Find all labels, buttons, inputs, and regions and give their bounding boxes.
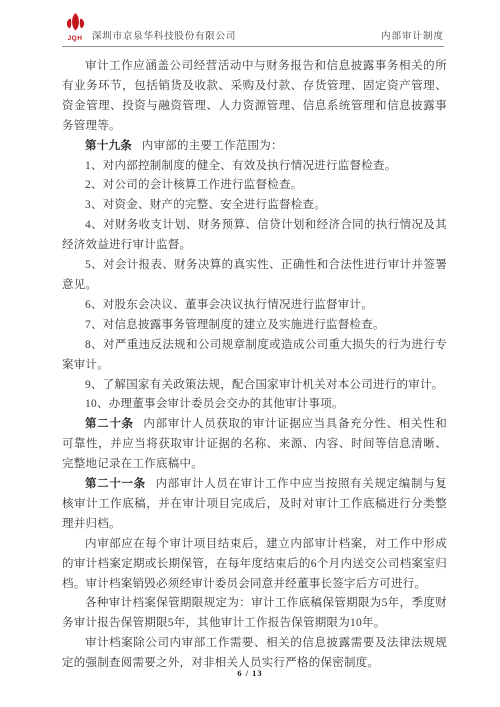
paragraph: 5、对会计报表、财务决算的真实性、正确性和合法性进行审计并签署意见。	[62, 256, 447, 296]
paragraph-text: 9、了解国家有关政策法规，配合国家审计机关对本公司进行的审计。	[85, 379, 444, 391]
paragraph: 第二十一条内部审计人员在审计工作中应当按照有关规定编制与复核审计工作底稿，并在审…	[62, 475, 447, 535]
article-number: 第二十条	[85, 418, 134, 430]
paragraph-text: 5、对会计报表、财务决算的真实性、正确性和合法性进行审计并签署意见。	[62, 259, 447, 291]
paragraph: 1、对内部控制制度的健全、有效及执行情况进行监督检查。	[62, 157, 447, 177]
header-left: JQH 深圳市京泉华科技股份有限公司	[62, 13, 236, 43]
paragraph-text: 2、对公司的会计核算工作进行监督检查。	[85, 179, 303, 191]
paragraph-text: 内审部的主要工作范围为：	[142, 140, 283, 152]
document-page: JQH 深圳市京泉华科技股份有限公司 内部审计制度 审计工作应涵盖公司经营活动中…	[0, 0, 500, 707]
paragraph-text: 1、对内部控制制度的健全、有效及执行情况进行监督检查。	[85, 160, 397, 172]
logo-text: JQH	[68, 35, 83, 43]
page-number: 6 / 13	[237, 668, 262, 678]
paragraph: 第二十条内部审计人员获取的审计证据应当具备充分性、相关性和可靠性，并应当将获取审…	[62, 415, 447, 475]
paragraph: 10、办理董事会审计委员会交办的其他审计事项。	[62, 395, 447, 415]
article-number: 第二十一条	[85, 478, 146, 490]
paragraph-text: 各种审计档案保管期限规定为：审计工作底稿保管期限为5年，季度财务审计报告保管期限…	[62, 597, 447, 629]
page-header: JQH 深圳市京泉华科技股份有限公司 内部审计制度	[62, 13, 444, 47]
paragraph-text: 审计工作应涵盖公司经营活动中与财务报告和信息披露事务相关的所有业务环节，包括销货…	[62, 60, 447, 132]
company-logo: JQH	[62, 13, 88, 43]
paragraph-text: 4、对财务收支计划、财务预算、信贷计划和经济合同的执行情况及其经济效益进行审计监…	[62, 219, 447, 251]
document-title: 内部审计制度	[381, 31, 444, 43]
page-footer: 6 / 13	[0, 663, 500, 681]
paragraph-text: 3、对资金、财产的完整、安全进行监督检查。	[85, 199, 326, 211]
paragraph: 各种审计档案保管期限规定为：审计工作底稿保管期限为5年，季度财务审计报告保管期限…	[62, 594, 447, 634]
paragraph: 7、对信息披露事务管理制度的建立及实施进行监督检查。	[62, 316, 447, 336]
paragraph-text: 10、办理董事会审计委员会交办的其他审计事项。	[85, 398, 344, 410]
paragraph: 4、对财务收支计划、财务预算、信贷计划和经济合同的执行情况及其经济效益进行审计监…	[62, 216, 447, 256]
paragraph-text: 6、对股东会决议、董事会决议执行情况进行监督审计。	[85, 299, 373, 311]
paragraph: 内审部应在每个审计项目结束后，建立内部审计档案，对工作中形成的审计档案定期或长期…	[62, 535, 447, 595]
article-number: 第十九条	[85, 140, 132, 152]
paragraph: 8、对严重违反法规和公司规章制度或造成公司重大损失的行为进行专案审计。	[62, 336, 447, 376]
paragraph: 9、了解国家有关政策法规，配合国家审计机关对本公司进行的审计。	[62, 376, 447, 396]
paragraph-text: 7、对信息披露事务管理制度的建立及实施进行监督检查。	[85, 319, 385, 331]
paragraph-text: 内审部应在每个审计项目结束后，建立内部审计档案，对工作中形成的审计档案定期或长期…	[62, 538, 447, 590]
paragraph: 3、对资金、财产的完整、安全进行监督检查。	[62, 196, 447, 216]
paragraph: 第十九条内审部的主要工作范围为：	[62, 137, 447, 157]
paragraph: 6、对股东会决议、董事会决议执行情况进行监督审计。	[62, 296, 447, 316]
company-name: 深圳市京泉华科技股份有限公司	[92, 31, 236, 43]
document-body: 审计工作应涵盖公司经营活动中与财务报告和信息披露事务相关的所有业务环节，包括销货…	[62, 57, 447, 674]
paragraph: 2、对公司的会计核算工作进行监督检查。	[62, 176, 447, 196]
paragraph: 审计工作应涵盖公司经营活动中与财务报告和信息披露事务相关的所有业务环节，包括销货…	[62, 57, 447, 137]
paragraph-text: 8、对严重违反法规和公司规章制度或造成公司重大损失的行为进行专案审计。	[62, 339, 447, 371]
company-logo-icon	[65, 13, 86, 35]
